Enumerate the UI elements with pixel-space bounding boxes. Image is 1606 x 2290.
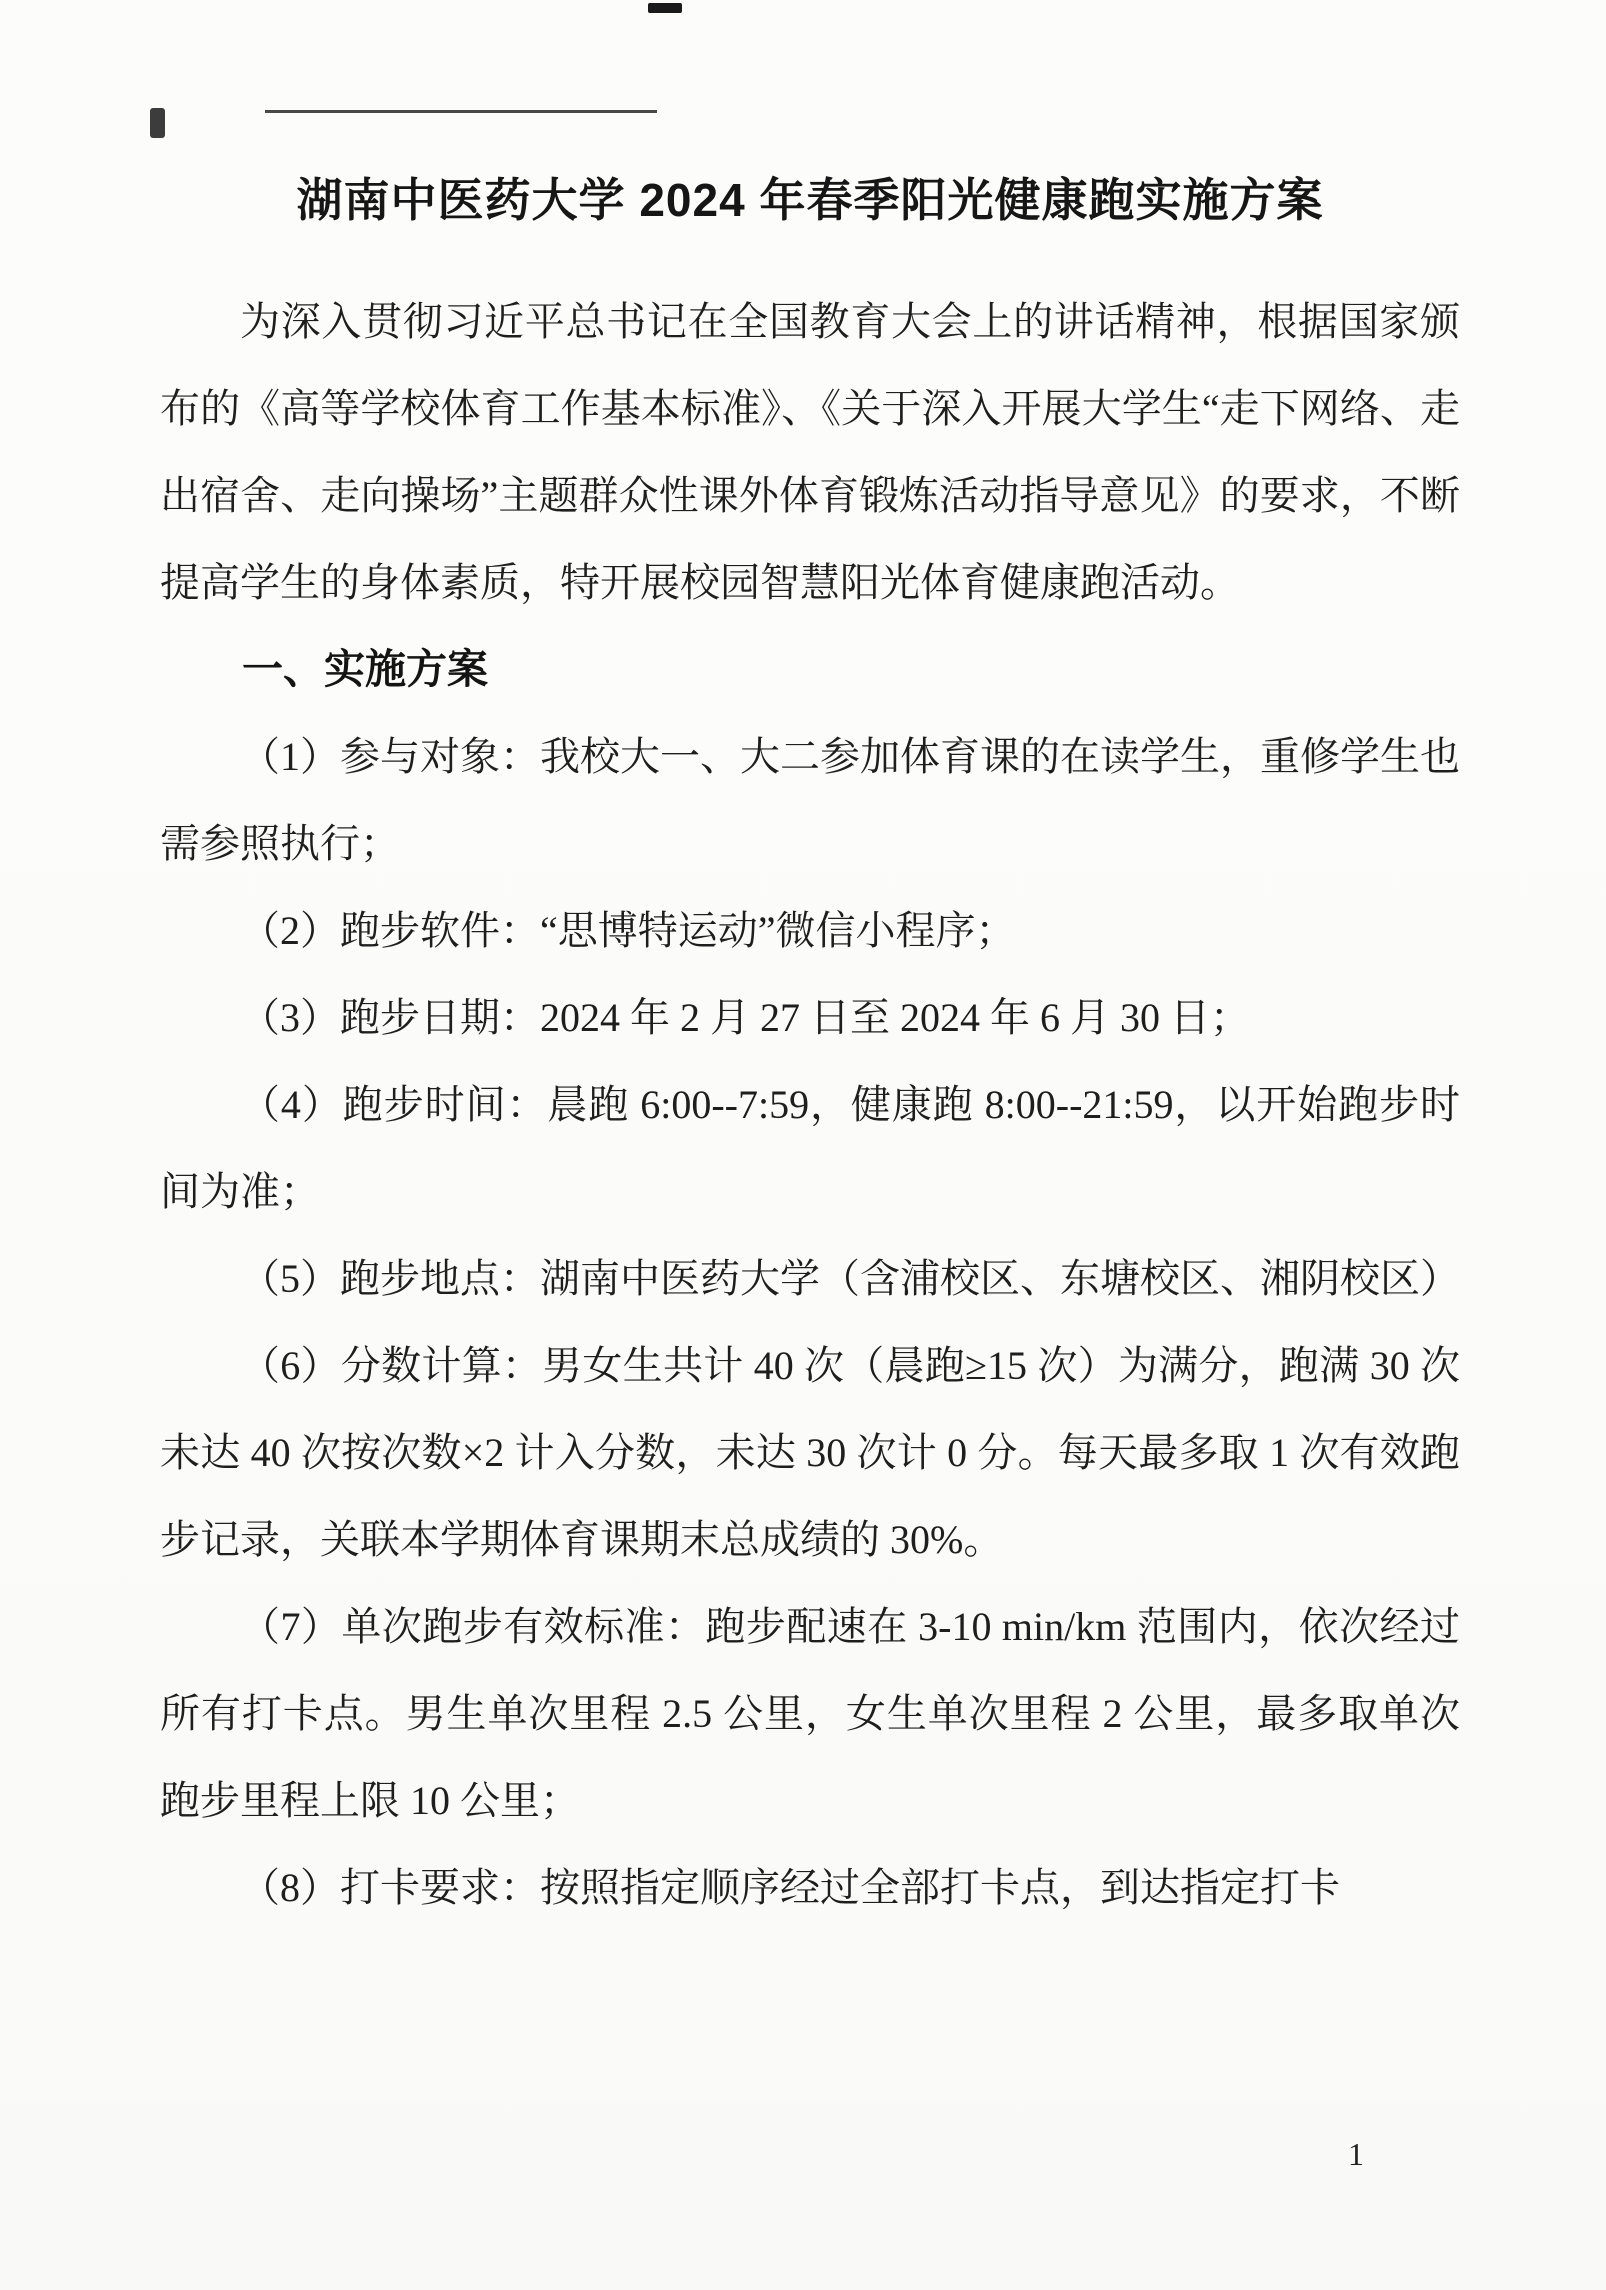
- scan-artifact-mark: [265, 110, 657, 113]
- list-item-8: （8）打卡要求：按照指定顺序经过全部打卡点，到达指定打卡: [160, 1844, 1460, 1931]
- document-body: 为深入贯彻习近平总书记在全国教育大会上的讲话精神，根据国家颁布的《高等学校体育工…: [160, 278, 1460, 1931]
- list-item-1: （1）参与对象：我校大一、大二参加体育课的在读学生，重修学生也需参照执行；: [160, 713, 1460, 887]
- list-item-4: （4）跑步时间：晨跑 6:00--7:59，健康跑 8:00--21:59，以开…: [160, 1061, 1460, 1235]
- scan-artifact-mark: [648, 3, 682, 13]
- list-item-2: （2）跑步软件：“思博特运动”微信小程序；: [160, 887, 1460, 974]
- document-title: 湖南中医药大学 2024 年春季阳光健康跑实施方案: [160, 168, 1460, 232]
- list-item-7: （7）单次跑步有效标准：跑步配速在 3-10 min/km 范围内，依次经过所有…: [160, 1583, 1460, 1844]
- list-item-6: （6）分数计算：男女生共计 40 次（晨跑≥15 次）为满分，跑满 30 次未达…: [160, 1322, 1460, 1583]
- page-number: 1: [1348, 2136, 1364, 2173]
- list-item-3: （3）跑步日期：2024 年 2 月 27 日至 2024 年 6 月 30 日…: [160, 974, 1460, 1061]
- list-item-5: （5）跑步地点：湖南中医药大学（含浦校区、东塘校区、湘阴校区）: [160, 1235, 1460, 1322]
- scanned-document-page: 湖南中医药大学 2024 年春季阳光健康跑实施方案 为深入贯彻习近平总书记在全国…: [0, 0, 1606, 2290]
- scan-artifact-mark: [150, 108, 165, 138]
- section-heading-implementation-plan: 一、实施方案: [160, 626, 1460, 713]
- intro-paragraph: 为深入贯彻习近平总书记在全国教育大会上的讲话精神，根据国家颁布的《高等学校体育工…: [160, 278, 1460, 626]
- document-content: 湖南中医药大学 2024 年春季阳光健康跑实施方案 为深入贯彻习近平总书记在全国…: [160, 168, 1460, 1931]
